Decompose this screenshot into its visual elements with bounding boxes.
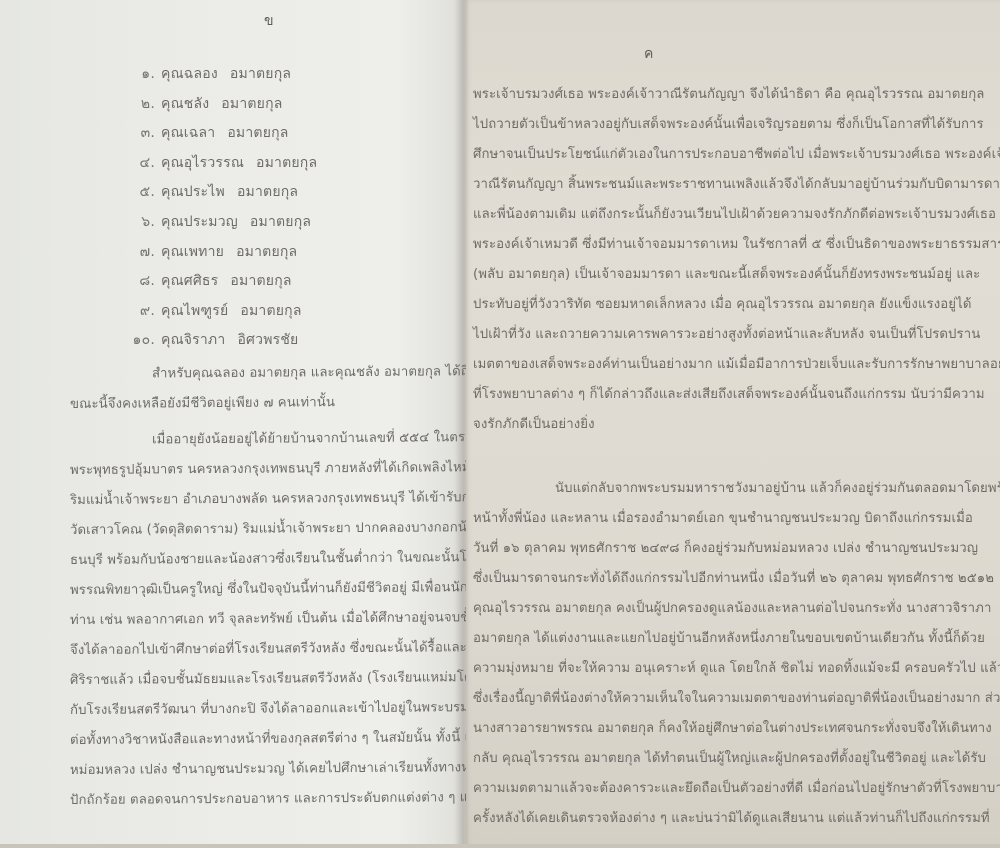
- given-name: คุณไพฑูรย์: [161, 303, 228, 319]
- text-line: ครั้งหลังได้เคยเดินตรวจห้องต่าง ๆ และบ่น…: [473, 804, 993, 834]
- open-book-spread: ค พระเจ้าบรมวงศ์เธอ พระองค์เจ้าวาณีรัตนก…: [0, 0, 1000, 848]
- right-page: ค พระเจ้าบรมวงศ์เธอ พระองค์เจ้าวาณีรัตนก…: [460, 0, 1000, 848]
- text-line: หน้าทั้งพี่น้อง และหลาน เมื่อรองอำมาตย์เ…: [473, 504, 993, 534]
- text-line: เมตตาของเสด็จพระองค์ท่านเป็นอย่างมาก แม้…: [473, 350, 993, 380]
- item-number: ๑๐.: [125, 326, 155, 356]
- list-item: ๘.คุณศศิธรอมาตยกุล: [125, 267, 317, 297]
- left-page: ข ๑.คุณฉลองอมาตยกุล ๒.คุณชลังอมาตยกุล ๓.…: [0, 0, 466, 848]
- text-line: จึงได้ลาออกไปเข้าศึกษาต่อที่โรงเรียนสตรี…: [70, 633, 466, 666]
- item-number: ๘.: [125, 267, 155, 297]
- text-line: ท่าน เช่น พลอากาศเอก ทวี จุลละทรัพย์ เป็…: [70, 603, 466, 636]
- surname: อมาตยกุล: [230, 66, 291, 82]
- text-line: นับแต่กลับจากพระบรมมหาราชวังมาอยู่บ้าน แ…: [473, 474, 993, 504]
- text-line: กับโรงเรียนสตรีวัฒนา ที่บางกะปิ จึงได้ลา…: [70, 693, 466, 726]
- text-line: คุณอุไรวรรณ อมาตยกุล คงเป็นผู้ปกครองดูแล…: [473, 594, 993, 624]
- given-name: คุณประมวญ: [161, 214, 238, 230]
- text-line: ริมแม่น้ำเจ้าพระยา อำเภอบางพลัด นครหลวงก…: [70, 483, 466, 516]
- given-name: คุณศศิธร: [161, 273, 218, 289]
- surname: อมาตยกุล: [237, 184, 298, 200]
- left-page-body: สำหรับคุณฉลอง อมาตยกุล และคุณชลัง อมาตยก…: [70, 357, 466, 816]
- text-line: ความมุ่งหมาย ที่จะให้ความ อนุเคราะห์ ดูแ…: [473, 654, 993, 684]
- list-item: ๑.คุณฉลองอมาตยกุล: [125, 60, 317, 90]
- text-line: สำหรับคุณฉลอง อมาตยกุล และคุณชลัง อมาตยก…: [70, 357, 466, 390]
- item-number: ๔.: [125, 149, 155, 179]
- page-bottom-edge: [0, 844, 1000, 848]
- surname: อิศวพรชัย: [237, 332, 298, 348]
- page-number: ข: [264, 10, 274, 32]
- surname: อมาตยกุล: [221, 96, 282, 112]
- text-line: กลับ คุณอุไรวรรณ อมาตยกุล ได้ทำตนเป็นผู้…: [473, 744, 993, 774]
- list-item: ๓.คุณเฉลาอมาตยกุล: [125, 119, 317, 149]
- surname: อมาตยกุล: [230, 273, 291, 289]
- text-line: พรรณพิทยาวุฒิเป็นครูใหญ่ ซึ่งในปัจจุบันน…: [70, 573, 466, 606]
- paragraph: เมื่ออายุยังน้อยอยู่ได้ย้ายบ้านจากบ้านเล…: [70, 423, 466, 816]
- item-number: ๒.: [125, 90, 155, 120]
- text-line: ขณะนี้จึงคงเหลือยังมีชีวิตอยู่เพียง ๗ คน…: [70, 387, 466, 420]
- given-name: คุณจิราภา: [161, 332, 225, 348]
- text-line: ซึ่งเป็นมารดาจนกระทั่งได้ถึงแก่กรรมไปอีก…: [473, 564, 993, 594]
- list-item: ๔.คุณอุไรวรรณอมาตยกุล: [125, 149, 317, 179]
- surname: อมาตยกุล: [227, 125, 288, 141]
- paragraph: พระเจ้าบรมวงศ์เธอ พระองค์เจ้าวาณีรัตนกัญ…: [473, 80, 993, 440]
- text-line: วาณีรัตนกัญญา สิ้นพระชนม์และพระราชทานเพล…: [473, 170, 993, 200]
- text-line: ต่อทั้งทางวิชาหนังสือและทางหน้าที่ของกุล…: [70, 723, 466, 756]
- item-number: ๗.: [125, 238, 155, 268]
- paragraph: สำหรับคุณฉลอง อมาตยกุล และคุณชลัง อมาตยก…: [70, 357, 466, 420]
- surname: อมาตยกุล: [240, 303, 301, 319]
- given-name: คุณชลัง: [161, 96, 209, 112]
- text-line: พระพุทธรูปอุ้มบาตร นครหลวงกรุงเทพธนบุรี …: [70, 453, 466, 486]
- text-line: ไปถวายตัวเป็นข้าหลวงอยู่กับเสด็จพระองค์น…: [473, 110, 993, 140]
- list-item: ๗.คุณเพทายอมาตยกุล: [125, 238, 317, 268]
- text-line: ศิริราชแล้ว เมื่อจบชั้นมัธยมและโรงเรียนส…: [70, 663, 466, 696]
- family-name-list: ๑.คุณฉลองอมาตยกุล ๒.คุณชลังอมาตยกุล ๓.คุ…: [125, 60, 317, 356]
- given-name: คุณฉลอง: [161, 66, 218, 82]
- item-number: ๑.: [125, 60, 155, 90]
- text-line: เมื่ออายุยังน้อยอยู่ได้ย้ายบ้านจากบ้านเล…: [70, 423, 466, 456]
- item-number: ๙.: [125, 297, 155, 327]
- right-page-body: พระเจ้าบรมวงศ์เธอ พระองค์เจ้าวาณีรัตนกัญ…: [473, 80, 993, 834]
- text-line: ความเมตตามาแล้วจะต้องคารวะและยึดถือเป็นต…: [473, 774, 993, 804]
- surname: อมาตยกุล: [256, 155, 317, 171]
- list-item: ๒.คุณชลังอมาตยกุล: [125, 90, 317, 120]
- list-item: ๖.คุณประมวญอมาตยกุล: [125, 208, 317, 238]
- text-line: ซึ่งเรื่องนี้ญาติพี่น้องต่างให้ความเห็นใ…: [473, 684, 993, 714]
- text-line: (พลับ อมาตยกุล) เป็นเจ้าจอมมารดา และขณะน…: [473, 260, 993, 290]
- paragraph-gap: [473, 440, 993, 474]
- given-name: คุณประไพ: [161, 184, 225, 200]
- text-line: จงรักภักดีเป็นอย่างยิ่ง: [473, 410, 993, 440]
- list-item: ๑๐.คุณจิราภาอิศวพรชัย: [125, 326, 317, 356]
- text-line: พระองค์เจ้าเหมวดี ซึ่งมีท่านเจ้าจอมมารดา…: [473, 230, 993, 260]
- text-line: วัดเสาวโคณ (วัดดุสิตดาราม) ริมแม่น้ำเจ้า…: [70, 513, 466, 546]
- surname: อมาตยกุล: [236, 244, 297, 260]
- given-name: คุณเฉลา: [161, 125, 215, 141]
- text-line: ประทับอยู่ที่วังวาริทัต ซอยมหาดเล็กหลวง …: [473, 290, 993, 320]
- text-line: ธนบุรี พร้อมกับน้องชายและน้องสาวซึ่งเรีย…: [70, 543, 466, 576]
- text-line: อมาตยกุล ได้แต่งงานและแยกไปอยู่บ้านอีกหล…: [473, 624, 993, 654]
- given-name: คุณเพทาย: [161, 244, 224, 260]
- list-item: ๙.คุณไพฑูรย์อมาตยกุล: [125, 297, 317, 327]
- given-name: คุณอุไรวรรณ: [161, 155, 244, 171]
- surname: อมาตยกุล: [250, 214, 311, 230]
- text-line: ที่โรงพยาบาลต่าง ๆ ก็ได้กล่าวถึงและส่งเส…: [473, 380, 993, 410]
- item-number: ๓.: [125, 119, 155, 149]
- page-number: ค: [644, 43, 653, 65]
- text-line: วันที่ ๑๖ ตุลาคม พุทธศักราช ๒๔๙๘ ก็คงอยู…: [473, 534, 993, 564]
- text-line: และพี่น้องตามเดิม แต่ถึงกระนั้นก็ยังวนเว…: [473, 200, 993, 230]
- text-line: พระเจ้าบรมวงศ์เธอ พระองค์เจ้าวาณีรัตนกัญ…: [473, 80, 993, 110]
- list-item: ๕.คุณประไพอมาตยกุล: [125, 178, 317, 208]
- text-line: นางสาวอารยาพรรณ อมาตยกุล ก็คงให้อยู่ศึกษ…: [473, 714, 993, 744]
- item-number: ๕.: [125, 178, 155, 208]
- text-line: ไปเฝ้าที่วัง และถวายความเคารพคารวะอย่างส…: [473, 320, 993, 350]
- text-line: ศึกษาจนเป็นประโยชน์แก่ตัวเองในการประกอบอ…: [473, 140, 993, 170]
- text-line: หม่อมหลวง เปล่ง ชำนาญชนประมวญ ได้เคยไปศึ…: [70, 753, 466, 786]
- paragraph: นับแต่กลับจากพระบรมมหาราชวังมาอยู่บ้าน แ…: [473, 474, 993, 834]
- text-line: ปักถักร้อย ตลอดจนการประกอบอาหาร และการปร…: [70, 783, 466, 816]
- item-number: ๖.: [125, 208, 155, 238]
